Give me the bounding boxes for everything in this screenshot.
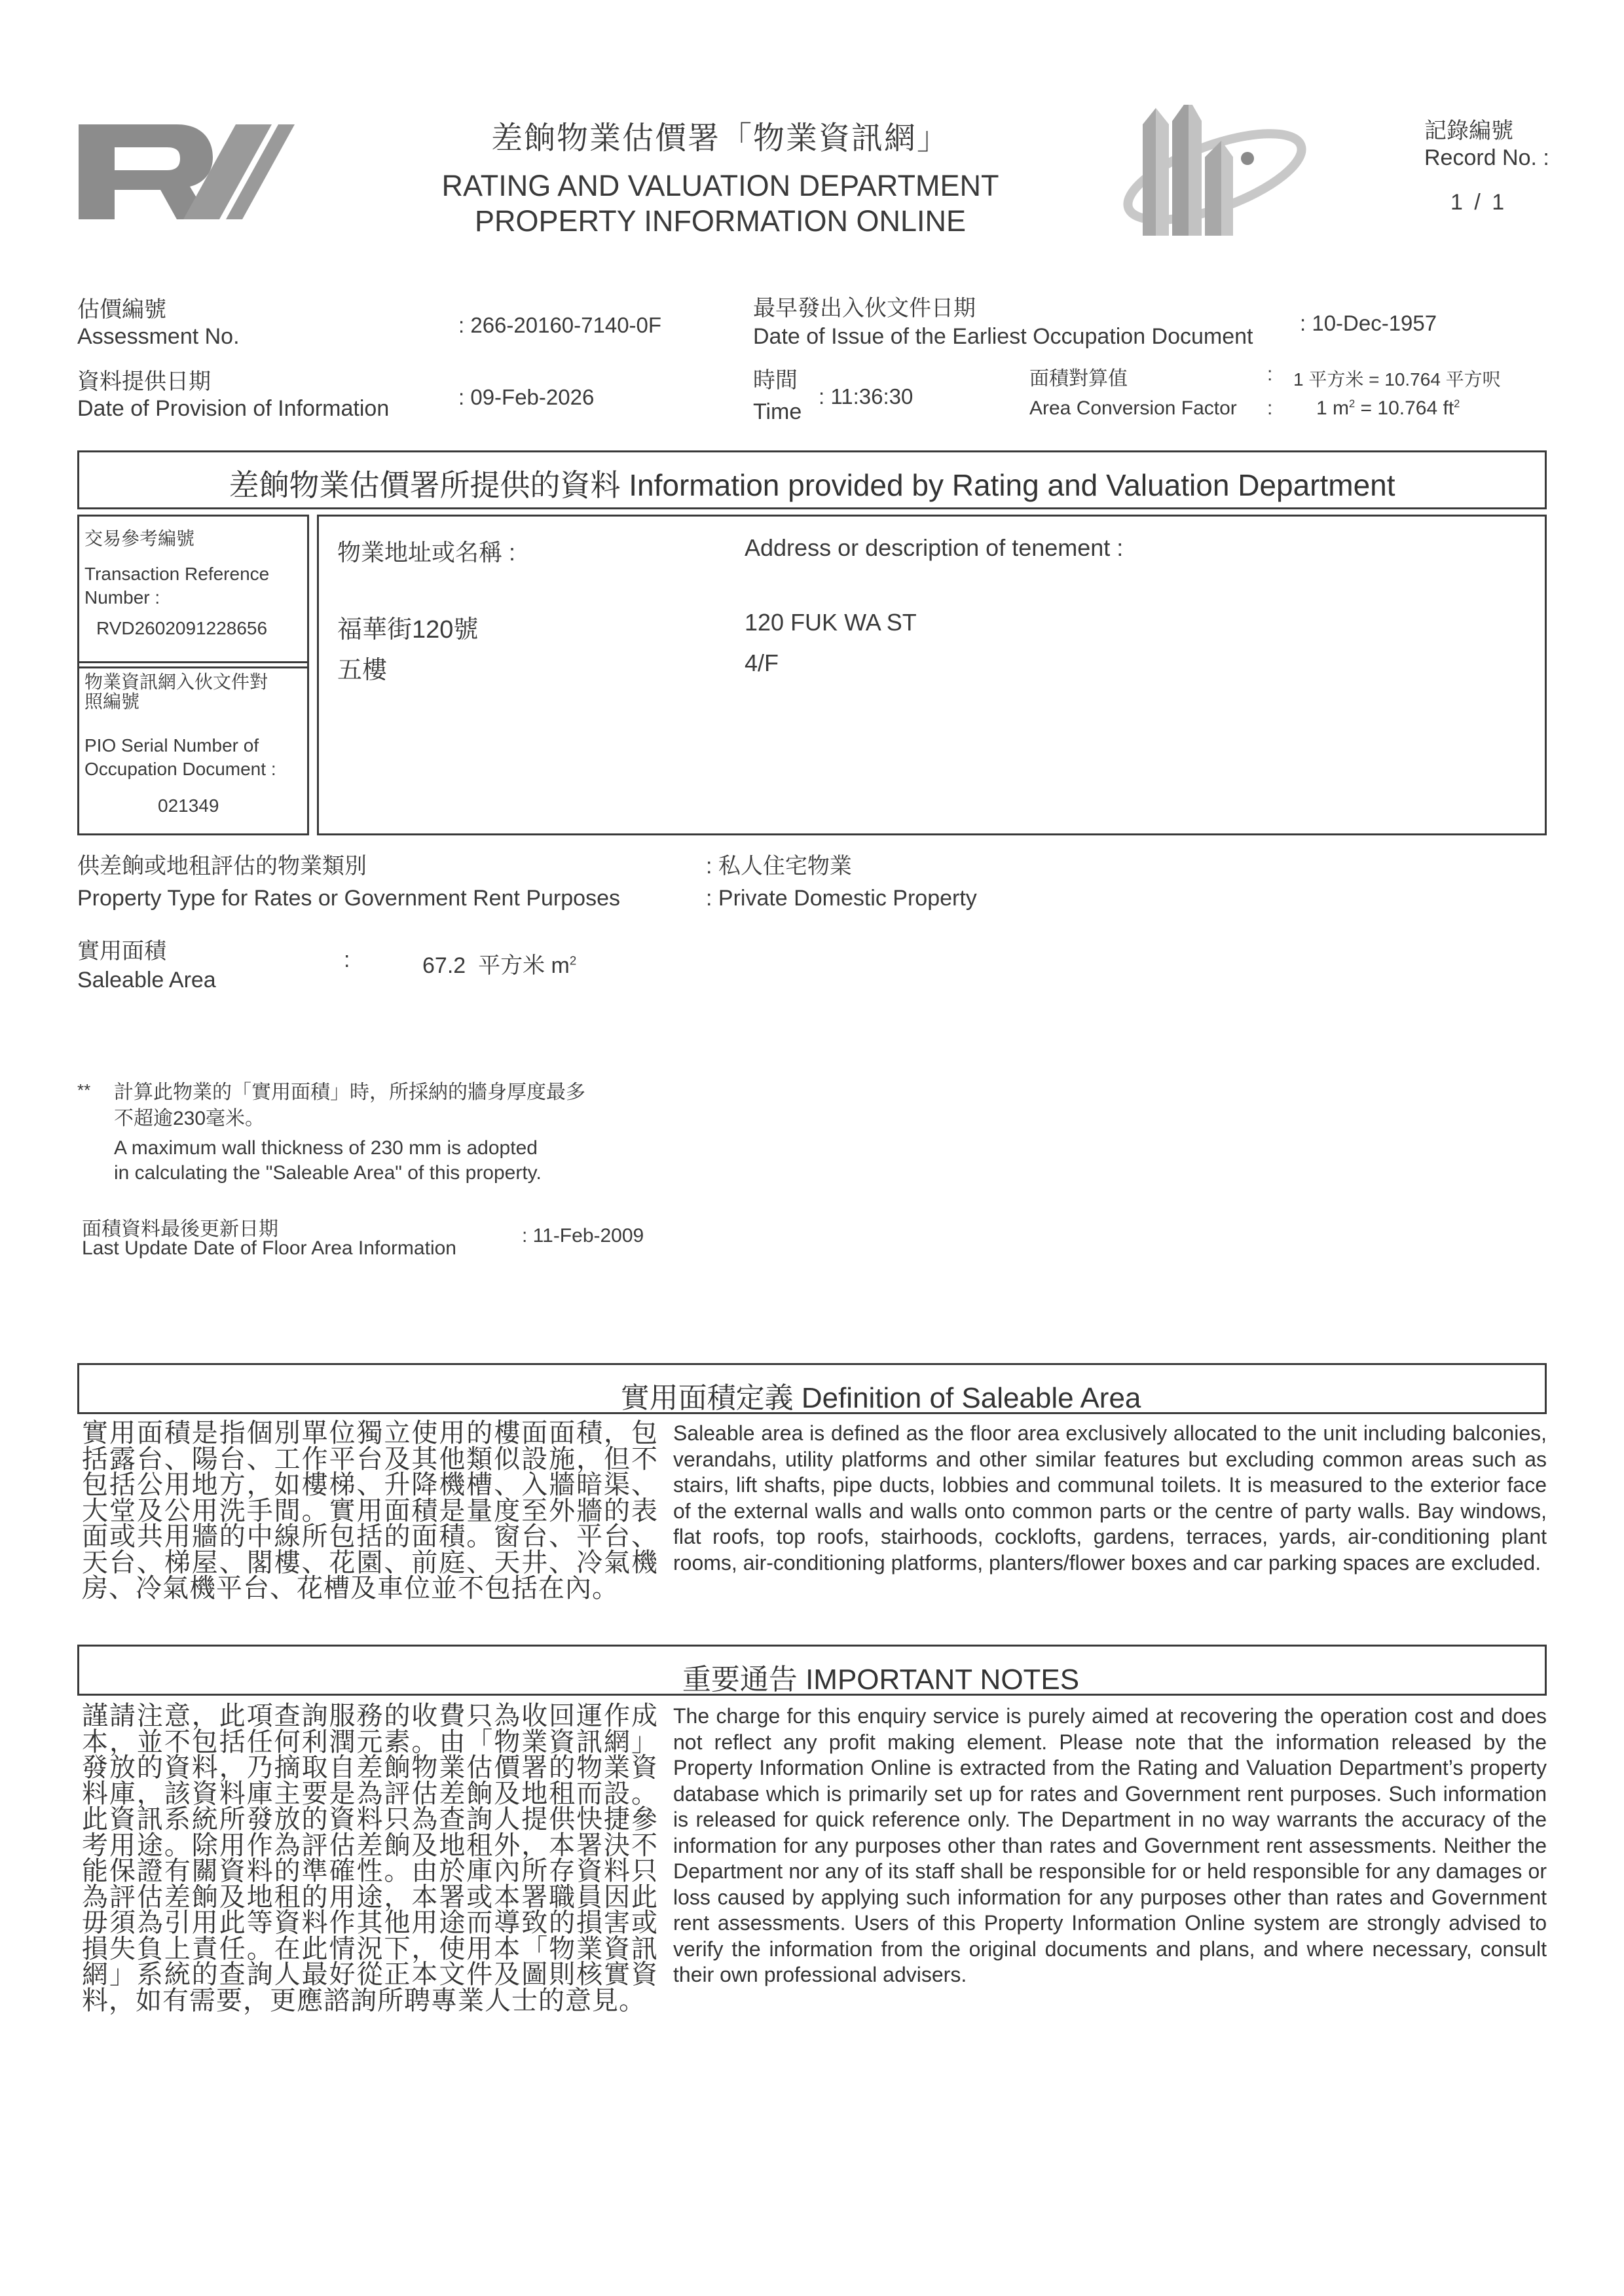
property-type-label-en: Property Type for Rates or Government Re… (77, 886, 620, 911)
note-marker: ** (77, 1080, 90, 1101)
occupation-date-label-en: Date of Issue of the Earliest Occupation… (753, 324, 1253, 350)
property-type-value-en: : Private Domestic Property (706, 886, 977, 911)
conversion-label-cn: 面積對算值 (1029, 362, 1128, 391)
assessment-label-cn: 估價編號 (77, 291, 166, 323)
occupation-date-label-cn: 最早發出入伙文件日期 (753, 290, 976, 322)
transaction-value: RVD2602091228656 (96, 618, 267, 639)
address-en-line1: 120 FUK WA ST (745, 609, 917, 636)
note-cn-line2: 不超逾230毫米。 (114, 1102, 265, 1131)
notes-body-cn: 謹請注意，此項查詢服務的收費只為收回運作成本，並不包括任何利潤元素。由「物業資訊… (82, 1704, 658, 2014)
conversion-colon-cn: : (1267, 363, 1272, 386)
notes-section-header: 重要通告 IMPORTANT NOTES (77, 1645, 1547, 1696)
note-en-line2: in calculating the "Saleable Area" of th… (114, 1162, 542, 1184)
header-title-en-line2: PROPERTY INFORMATION ONLINE (367, 204, 1074, 238)
saleable-area-label-en: Saleable Area (77, 968, 216, 993)
pio-value: 021349 (158, 795, 219, 816)
rv-logo-icon (79, 121, 295, 219)
conversion-label-en: Area Conversion Factor (1029, 397, 1237, 420)
address-cn-line2: 五樓 (337, 649, 387, 685)
transaction-label-cn: 交易參考編號 (84, 524, 194, 551)
address-label-en: Address or description of tenement : (745, 534, 1123, 562)
transaction-label-en: Transaction Reference Number : (84, 562, 301, 610)
property-type-value-cn: : 私人住宅物業 (706, 848, 852, 880)
info-section-title: 差餉物業估價署所提供的資料 Information provided by Ra… (79, 462, 1545, 505)
record-value: 1 / 1 (1450, 190, 1504, 215)
notes-body-en: The charge for this enquiry service is p… (673, 1704, 1547, 1988)
transaction-ref-box: 交易參考編號 Transaction Reference Number : RV… (77, 515, 309, 668)
pio-serial-box: 物業資訊網入伙文件對照編號 PIO Serial Number of Occup… (77, 661, 309, 835)
last-update-value: : 11-Feb-2009 (522, 1225, 644, 1247)
note-en-line1: A maximum wall thickness of 230 mm is ad… (114, 1137, 538, 1159)
assessment-value: : 266-20160-7140-0F (458, 313, 661, 338)
property-type-label-cn: 供差餉或地租評估的物業類別 (77, 848, 367, 880)
definition-body-cn: 實用面積是指個別單位獨立使用的樓面面積，包括露台、陽台、工作平台及其他類似設施，… (82, 1421, 658, 1602)
address-cn-line1: 福華街120號 (337, 609, 478, 645)
header-title-en-line1: RATING AND VALUATION DEPARTMENT (367, 169, 1074, 203)
note-cn-line1: 計算此物業的「實用面積」時，所採納的牆身厚度最多 (114, 1076, 585, 1104)
conversion-colon-en: : (1267, 397, 1272, 420)
time-label-en: Time (753, 399, 802, 425)
saleable-area-label-cn: 實用面積 (77, 933, 166, 965)
record-label-en: Record No. : (1424, 145, 1549, 171)
definition-section-title: 實用面積定義 Definition of Saleable Area (217, 1374, 1545, 1416)
provision-date-label-en: Date of Provision of Information (77, 396, 389, 422)
time-label-cn: 時間 (753, 362, 798, 394)
header-title-cn: 差餉物業估價署「物業資訊網」 (393, 113, 1048, 158)
address-box: 物業地址或名稱 : Address or description of tene… (317, 515, 1547, 835)
info-section-header: 差餉物業估價署所提供的資料 Information provided by Ra… (77, 450, 1547, 509)
assessment-label-en: Assessment No. (77, 324, 240, 350)
buildings-orbit-logo-icon (1116, 105, 1313, 242)
address-en-line2: 4/F (745, 649, 779, 677)
conversion-value-cn: 1 平方米 = 10.764 平方呎 (1293, 365, 1501, 392)
time-value: : 11:36:30 (819, 384, 913, 409)
last-update-label-en: Last Update Date of Floor Area Informati… (82, 1237, 456, 1260)
pio-label-en: PIO Serial Number of Occupation Document… (84, 734, 307, 781)
saleable-area-value: 67.2 平方米 m2 (422, 947, 576, 979)
pio-label-cn: 物業資訊網入伙文件對照編號 (84, 672, 281, 712)
provision-date-value: : 09-Feb-2026 (458, 385, 594, 410)
saleable-area-unit: 平方米 m (478, 953, 570, 978)
provision-date-label-cn: 資料提供日期 (77, 363, 211, 395)
definition-body-en: Saleable area is defined as the floor ar… (673, 1421, 1547, 1576)
address-label-cn: 物業地址或名稱 : (337, 534, 515, 568)
conversion-value-en: 1 m2 = 10.764 ft2 (1316, 397, 1460, 420)
record-label-cn: 記錄編號 (1424, 113, 1513, 145)
occupation-date-value: : 10-Dec-1957 (1300, 311, 1437, 336)
saleable-area-colon: : (344, 947, 350, 973)
notes-section-title: 重要通告 IMPORTANT NOTES (217, 1656, 1545, 1698)
saleable-area-number: 67.2 (422, 953, 466, 978)
definition-section-header: 實用面積定義 Definition of Saleable Area (77, 1363, 1547, 1414)
